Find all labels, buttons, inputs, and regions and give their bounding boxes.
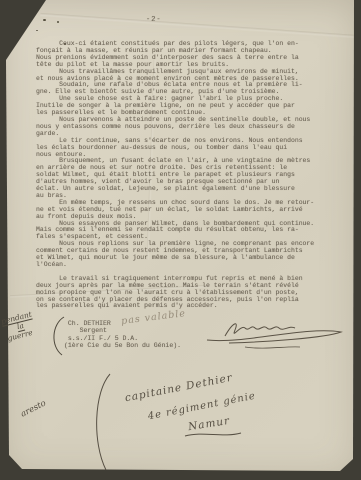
underline-flourish-icon: [183, 430, 243, 440]
typewritten-body: Ceux-ci étaient constitués par des pilot…: [36, 41, 336, 310]
scan-background: -2- Ceux-ci étaient constitués par des p…: [0, 0, 361, 480]
ink-speck: [36, 30, 38, 31]
page-number: -2-: [146, 16, 162, 24]
body-line: nous y entassons comme nous pouvons, der…: [36, 124, 336, 131]
signatory-rank: Sergent: [64, 327, 181, 334]
body-line: l'Océan.: [36, 262, 336, 269]
ink-speck: [43, 19, 46, 21]
body-line: et Wilmet, qui mourut le jour même de sa…: [36, 255, 336, 262]
ink-speck: [57, 21, 59, 23]
signatory-company: (1ère Cie du 5e Bon du Génie).: [64, 342, 181, 349]
signature-autograph-icon: [205, 316, 345, 348]
handwritten-curve-icon: [92, 372, 112, 472]
body-line: les passerelles qui avaient permis d'y a…: [36, 303, 336, 310]
paper-crease: [40, 13, 359, 39]
body-line: éclat. Un autre soldat, Lejeune, se plai…: [36, 186, 336, 193]
